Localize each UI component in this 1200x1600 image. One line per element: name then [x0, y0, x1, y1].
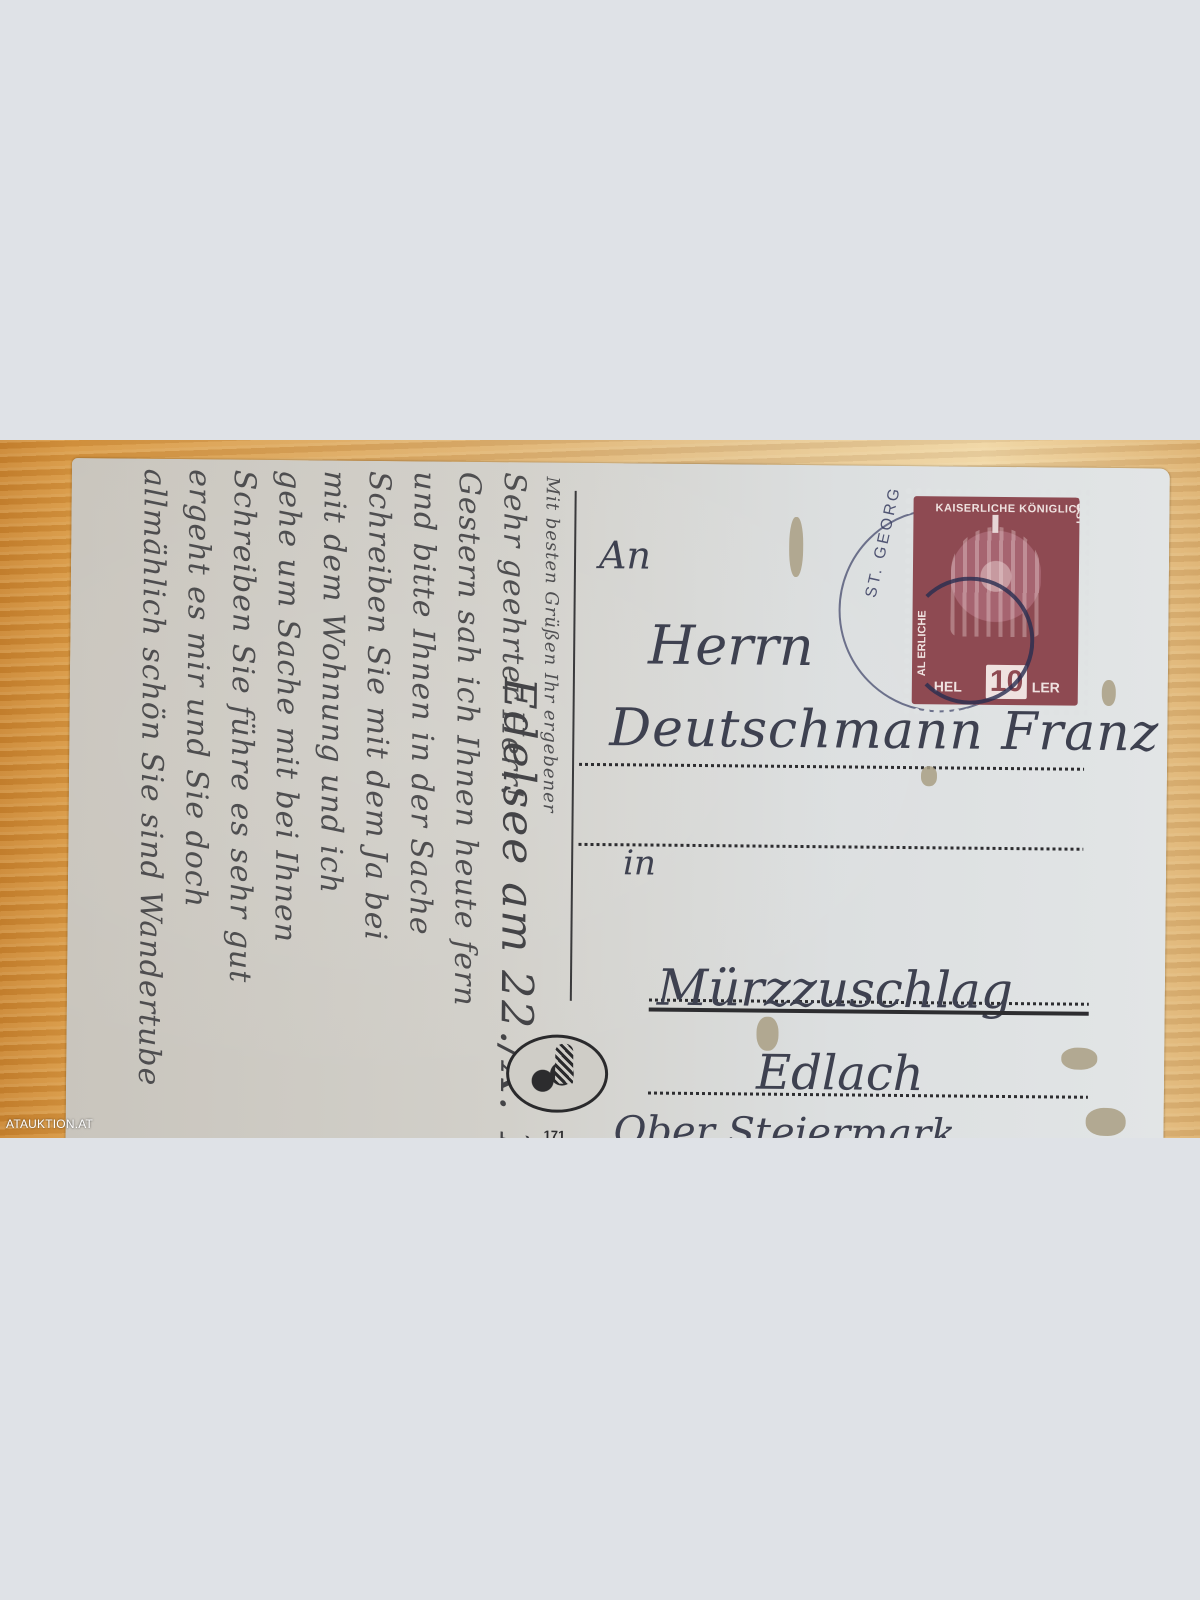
paper-stain	[1102, 680, 1116, 706]
paper-stain	[1086, 1108, 1126, 1136]
recipient-name: Deutschmann Franz	[609, 698, 1159, 763]
watermark-text: ATAUKTION.AT	[6, 1117, 93, 1131]
message-line: Schreiben Sie mit dem Ja bei	[350, 471, 402, 1162]
paper-stain	[789, 517, 804, 577]
knight-emblem-icon	[506, 1034, 609, 1113]
message-line: allmählich schön Sie sind Wandertube	[125, 469, 177, 1162]
page-background-top	[0, 0, 1200, 432]
message-line: und bitte Ihnen in der Sache	[395, 471, 447, 1162]
address-dotted-line	[579, 763, 1084, 771]
address-salutation: Herrn	[648, 614, 814, 679]
message-line: mit dem Wohnung und ich	[305, 470, 357, 1162]
postcard-photo: Mit besten Grüßen Ihr ergebener Sehr gee…	[0, 440, 1200, 1162]
page-background-bottom	[0, 1138, 1200, 1600]
stamp-currency-right: LER	[1032, 679, 1060, 695]
message-line: gehe um Sache mit bei Ihnen	[260, 470, 312, 1162]
paper-stain	[921, 766, 937, 786]
message-line: Gestern sah ich Ihnen heute fern	[440, 472, 492, 1162]
message-line: ergeht es mir und Sie doch	[170, 469, 222, 1162]
paper-stain	[756, 1017, 778, 1051]
cross-icon	[992, 515, 998, 533]
address-prefix: An	[599, 533, 651, 577]
address-preposition: in	[623, 843, 656, 883]
stamp-top-text: KAISERLICHE KÖNIGLICHE ÖSTERREICHISCHE P…	[935, 502, 1071, 515]
paper-stain	[1061, 1048, 1097, 1070]
postcard: Mit besten Grüßen Ihr ergebener Sehr gee…	[65, 458, 1170, 1162]
message-line: Schreiben Sie führe es sehr gut	[215, 469, 267, 1162]
stamp-right-text: REICHISCHE POST	[1073, 496, 1079, 526]
postmark-cancel-ring	[906, 576, 1035, 705]
